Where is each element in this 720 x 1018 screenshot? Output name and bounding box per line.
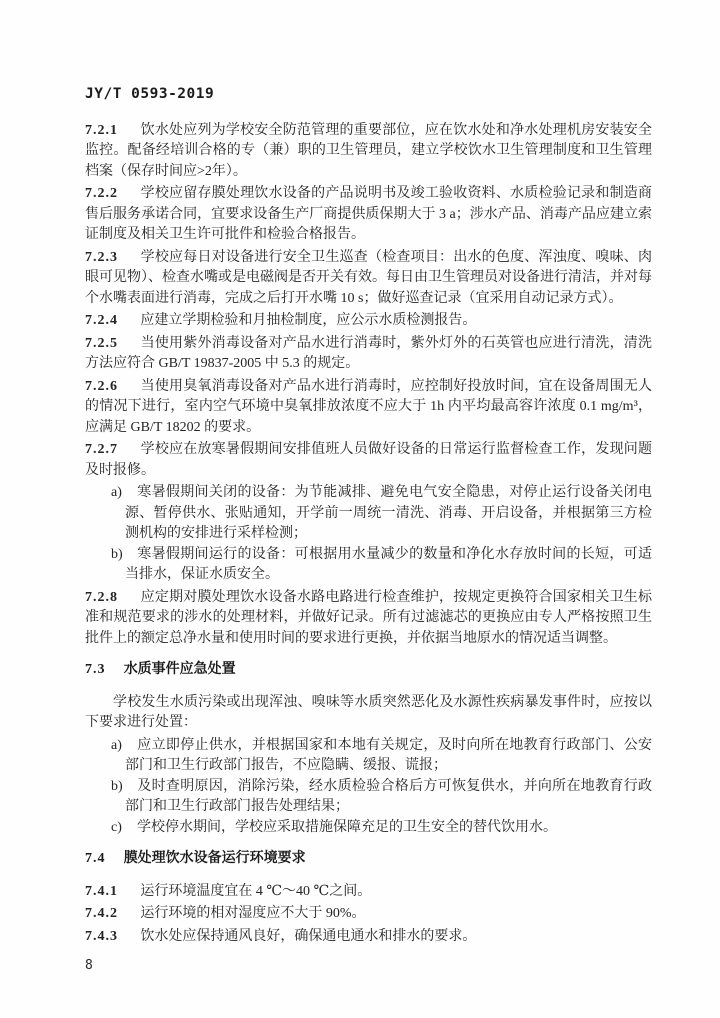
paragraph-text: 学校发生水质污染或出现浑浊、嗅味等水质突然恶化及水源性疾病暴发事件时，应按以下要… bbox=[85, 695, 652, 731]
list-item-a-7-2-7: a)寒暑假期间关闭的设备：为节能减排、避免电气安全隐患，对停止运行设备关闭电源、… bbox=[85, 483, 652, 545]
clause-7-4-1: 7.4.1运行环境温度宜在 4 ℃～40 ℃之间。 bbox=[85, 882, 652, 903]
clause-text: 饮水处应保持通风良好，确保通电通水和排水的要求。 bbox=[140, 929, 476, 944]
clause-text: 当使用臭氧消毒设备对产品水进行消毒时，应控制好投放时间，宜在设备周围无人的情况下… bbox=[85, 379, 652, 435]
list-item-label: a) bbox=[111, 736, 137, 757]
list-item-text: 寒暑假期间关闭的设备：为节能减排、避免电气安全隐患，对停止运行设备关闭电源、暂停… bbox=[125, 485, 652, 541]
list-item-c-7-3: c)学校停水期间，学校应采取措施保障充足的卫生安全的替代饮用水。 bbox=[85, 818, 652, 839]
list-item-text: 应立即停止供水，并根据国家和本地有关规定，及时向所在地教育行政部门、公安部门和卫… bbox=[125, 738, 652, 774]
document-page: JY/T 0593-2019 7.2.1饮水处应列为学校安全防范管理的重要部位，… bbox=[0, 0, 720, 1018]
list-item-text: 寒暑假期间运行的设备：可根据用水量减少的数量和净化水存放时间的长短，可适当排水，… bbox=[125, 547, 652, 583]
clause-number: 7.2.3 bbox=[85, 250, 118, 265]
standard-code: JY/T 0593-2019 bbox=[85, 86, 214, 102]
clause-number: 7.4.1 bbox=[85, 884, 118, 899]
clause-text: 应建立学期检验和月抽检制度，应公示水质检测报告。 bbox=[140, 313, 476, 328]
list-item-text: 学校停水期间，学校应采取措施保障充足的卫生安全的替代饮用水。 bbox=[137, 820, 557, 835]
clause-7-4-2: 7.4.2运行环境的相对湿度应不大于 90%。 bbox=[85, 904, 652, 925]
clause-text: 运行环境温度宜在 4 ℃～40 ℃之间。 bbox=[140, 884, 371, 899]
list-item-text: 及时查明原因，消除污染，经水质检验合格后方可恢复供水，并向所在地教育行政部门和卫… bbox=[125, 779, 652, 815]
clause-text: 饮水处应列为学校安全防范管理的重要部位，应在饮水处和净水处理机房安装安全监控。配… bbox=[85, 123, 652, 179]
document-header: JY/T 0593-2019 bbox=[85, 84, 652, 106]
clause-number: 7.4.2 bbox=[85, 906, 118, 921]
clause-7-2-3: 7.2.3学校应每日对设备进行安全卫生巡查（检查项目：出水的色度、浑浊度、嗅味、… bbox=[85, 248, 652, 310]
clause-7-2-7: 7.2.7学校应在放寒暑假期间安排值班人员做好设备的日常运行监督检查工作，发现问… bbox=[85, 440, 652, 481]
list-item-b-7-3: b)及时查明原因，消除污染，经水质检验合格后方可恢复供水，并向所在地教育行政部门… bbox=[85, 777, 652, 818]
clause-number: 7.2.6 bbox=[85, 379, 118, 394]
clause-7-2-2: 7.2.2学校应留存膜处理饮水设备的产品说明书及竣工验收资料、水质检验记录和制造… bbox=[85, 184, 652, 246]
list-item-label: c) bbox=[111, 818, 137, 839]
section-heading-7-3: 7.3水质事件应急处置 bbox=[85, 660, 652, 681]
list-item-label: b) bbox=[111, 777, 137, 798]
list-item-label: b) bbox=[111, 545, 137, 566]
document-footer: 8 bbox=[85, 956, 652, 977]
list-item-label: a) bbox=[111, 483, 137, 504]
clause-number: 7.2.1 bbox=[85, 123, 118, 138]
clause-text: 学校应每日对设备进行安全卫生巡查（检查项目：出水的色度、浑浊度、嗅味、肉眼可见物… bbox=[85, 250, 652, 306]
clause-7-2-5: 7.2.5当使用紫外消毒设备对产品水进行消毒时，紫外灯外的石英管也应进行清洗，清… bbox=[85, 334, 652, 375]
clause-text: 运行环境的相对湿度应不大于 90%。 bbox=[140, 906, 365, 921]
clause-number: 7.2.4 bbox=[85, 313, 118, 328]
list-item-b-7-2-7: b)寒暑假期间运行的设备：可根据用水量减少的数量和净化水存放时间的长短，可适当排… bbox=[85, 545, 652, 586]
document-body: 7.2.1饮水处应列为学校安全防范管理的重要部位，应在饮水处和净水处理机房安装安… bbox=[85, 121, 652, 948]
section-number: 7.4 bbox=[85, 851, 106, 866]
clause-text: 当使用紫外消毒设备对产品水进行消毒时，紫外灯外的石英管也应进行清洗，清洗方法应符… bbox=[85, 336, 652, 372]
clause-number: 7.2.8 bbox=[85, 590, 118, 605]
section-heading-7-4: 7.4膜处理饮水设备运行环境要求 bbox=[85, 849, 652, 870]
clause-7-2-4: 7.2.4应建立学期检验和月抽检制度，应公示水质检测报告。 bbox=[85, 311, 652, 332]
section-title: 水质事件应急处置 bbox=[124, 662, 236, 677]
clause-text: 应定期对膜处理饮水设备水路电路进行检查维护，按规定更换符合国家相关卫生标准和规范… bbox=[85, 590, 652, 646]
section-title: 膜处理饮水设备运行环境要求 bbox=[124, 851, 306, 866]
clause-7-2-1: 7.2.1饮水处应列为学校安全防范管理的重要部位，应在饮水处和净水处理机房安装安… bbox=[85, 121, 652, 183]
list-item-a-7-3: a)应立即停止供水，并根据国家和本地有关规定，及时向所在地教育行政部门、公安部门… bbox=[85, 736, 652, 777]
clause-number: 7.2.7 bbox=[85, 442, 118, 457]
clause-text: 学校应在放寒暑假期间安排值班人员做好设备的日常运行监督检查工作，发现问题及时报修… bbox=[85, 442, 652, 478]
clause-number: 7.2.2 bbox=[85, 186, 118, 201]
section-number: 7.3 bbox=[85, 662, 106, 677]
clause-text: 学校应留存膜处理饮水设备的产品说明书及竣工验收资料、水质检验记录和制造商售后服务… bbox=[85, 186, 652, 242]
clause-number: 7.4.3 bbox=[85, 929, 118, 944]
clause-7-2-6: 7.2.6当使用臭氧消毒设备对产品水进行消毒时，应控制好投放时间，宜在设备周围无… bbox=[85, 377, 652, 439]
intro-paragraph-7-3: 学校发生水质污染或出现浑浊、嗅味等水质突然恶化及水源性疾病暴发事件时，应按以下要… bbox=[85, 693, 652, 734]
page-number: 8 bbox=[85, 958, 93, 973]
clause-7-4-3: 7.4.3饮水处应保持通风良好，确保通电通水和排水的要求。 bbox=[85, 927, 652, 948]
clause-7-2-8: 7.2.8应定期对膜处理饮水设备水路电路进行检查维护，按规定更换符合国家相关卫生… bbox=[85, 588, 652, 650]
clause-number: 7.2.5 bbox=[85, 336, 118, 351]
